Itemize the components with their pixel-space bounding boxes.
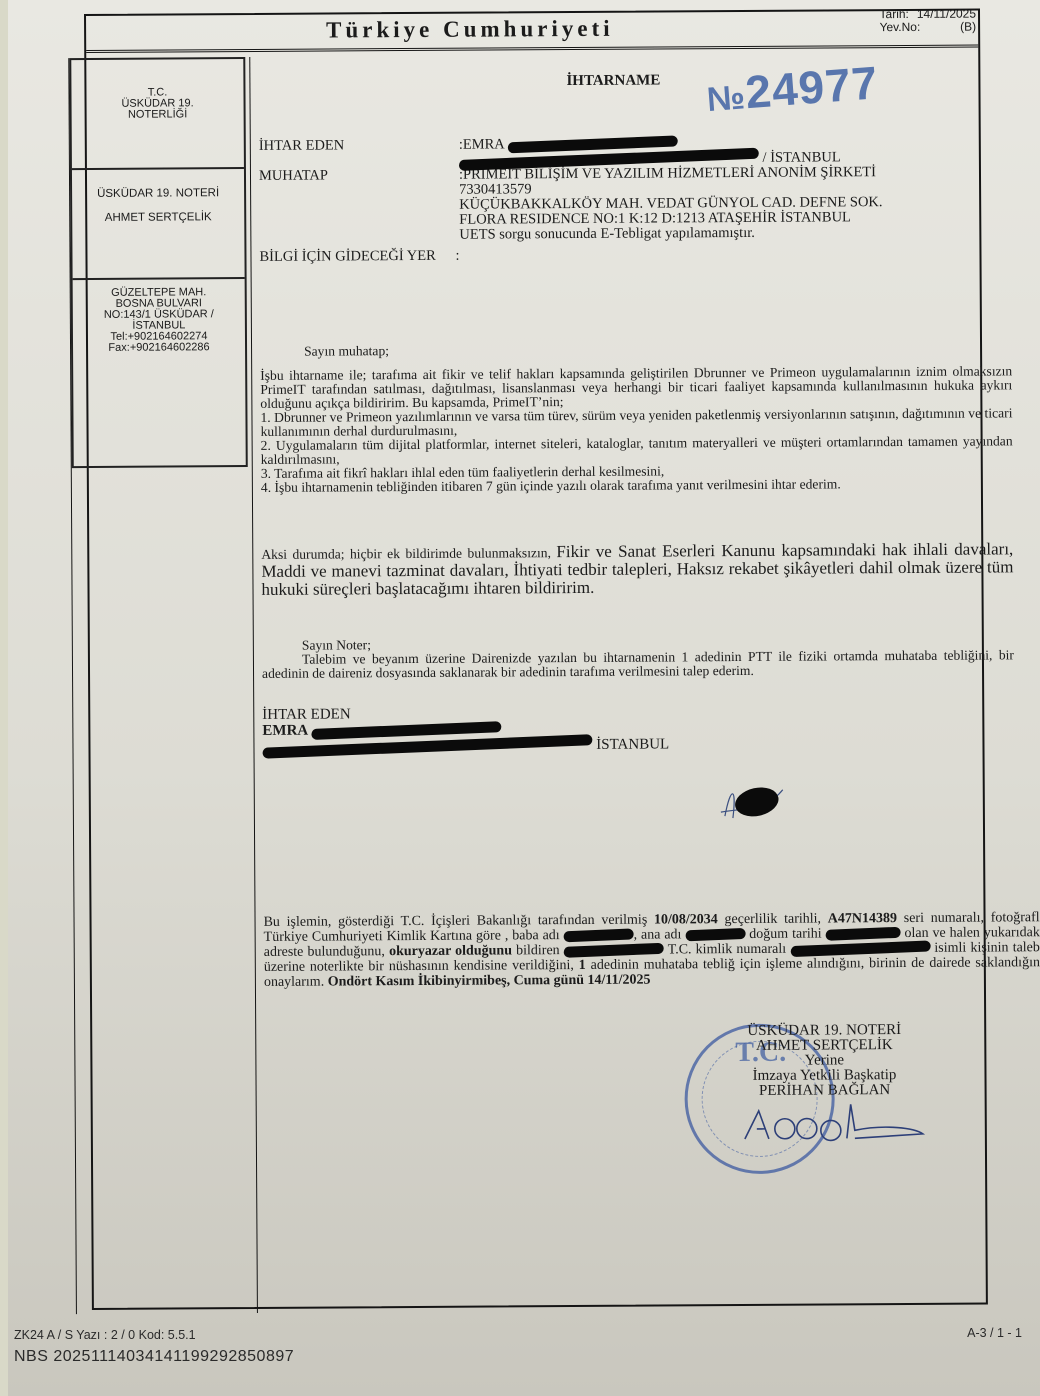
yev-label: Yev.No: xyxy=(880,21,921,34)
nbs-number: NBS 20251114034141199292850897 xyxy=(14,1348,294,1366)
field-label: BİLGİ İÇİN GİDECEĞİ YER xyxy=(259,249,455,265)
cert-text: T.C. kimlik numaralı xyxy=(668,942,787,958)
notary-name: AHMET SERTÇELİK xyxy=(72,205,244,230)
cert-text: geçerlilik tarihli, xyxy=(724,912,821,928)
field-label: MUHATAP xyxy=(259,168,459,244)
warning-paragraph: Aksi durumda; hiçbir ek bildirimde bulun… xyxy=(261,540,1013,599)
header-title: Türkiye Cumhuriyeti xyxy=(326,16,614,44)
visible-text: / İSTANBUL xyxy=(762,149,840,165)
warning-lead: Aksi durumda; hiçbir ek bildirimde bulun… xyxy=(261,545,551,562)
muhatap-line: UETS sorgu sonucunda E-Tebligat yapılama… xyxy=(459,225,979,243)
left-column: T.C. ÜSKÜDAR 19. NOTERLİĞİ ÜSKÜDAR 19. N… xyxy=(68,57,258,1314)
field-value: :PRIMEIT BİLİŞİM VE YAZILIM HİZMETLERİ A… xyxy=(459,165,979,243)
noter-paragraph: Sayın Noter; Talebim ve beyanım üzerine … xyxy=(262,634,1014,681)
field-bilgi: BİLGİ İÇİN GİDECEĞİ YER : xyxy=(259,246,979,265)
visible-text: İSTANBUL xyxy=(596,736,669,752)
redaction-bar xyxy=(564,943,664,958)
serial-stamp: №24977 xyxy=(705,55,880,122)
redaction-bar xyxy=(790,941,930,958)
copy-count: 1 xyxy=(579,958,586,973)
salutation: Sayın muhatap; xyxy=(304,343,504,358)
main-content: İHTARNAME №24977 İHTAR EDEN :EMRA / İSTA… xyxy=(258,53,986,1307)
notary-signature-block: ÜSKÜDAR 19. NOTERİ AHMET SERTÇELİK Yerin… xyxy=(734,1023,915,1153)
numero-sign: № xyxy=(706,78,748,119)
stamp-number: 24977 xyxy=(744,56,880,118)
body-paragraph: İşbu ihtarname ile; tarafıma ait fikir v… xyxy=(260,364,1013,495)
cert-text: doğum tarihi xyxy=(749,927,821,942)
party-fields: İHTAR EDEN :EMRA / İSTANBUL MUHATAP :PRI… xyxy=(259,135,980,265)
document-title: İHTARNAME xyxy=(566,72,660,90)
demand-item: 4. İşbu ihtarnamenin tebliğinden itibare… xyxy=(261,476,1013,495)
cert-text: , ana adı xyxy=(634,927,682,942)
validity-date: 10/08/2034 xyxy=(654,912,718,927)
requester-signature xyxy=(717,780,787,824)
notary-title: ÜSKÜDAR 19. NOTERİ xyxy=(72,181,244,206)
field-value: : xyxy=(455,246,975,264)
footer-codes: ZK24 A / S Yazı : 2 / 0 Kod: 5.5.1 NBS 2… xyxy=(14,1328,294,1366)
fax: Fax:+902164602286 xyxy=(73,342,245,354)
literate-text: okuryazar olduğunu xyxy=(389,943,512,959)
noter-request: Talebim ve beyanım üzerine Dairenizde ya… xyxy=(262,647,1014,681)
paper-edge xyxy=(0,0,8,1396)
yev-value: (B) xyxy=(960,21,976,34)
certification-date: Ondört Kasım İkibinyirmibeş, Cuma günü 1… xyxy=(328,973,651,990)
redaction-bar xyxy=(825,927,900,941)
requester-block: İHTAR EDEN EMRA İSTANBUL xyxy=(262,704,669,754)
body-intro: İşbu ihtarname ile; tarafıma ait fikir v… xyxy=(260,364,1012,411)
id-serial: A47N14389 xyxy=(828,911,897,926)
address-section: GÜZELTEPE MAH. BOSNA BULVARI NO:143/1 ÜS… xyxy=(73,279,245,354)
header-band: Türkiye Cumhuriyeti Tarih:14/11/2025 Yev… xyxy=(86,11,978,53)
notary-section: ÜSKÜDAR 19. NOTERİ AHMET SERTÇELİK xyxy=(72,169,245,280)
redaction-bar xyxy=(685,928,745,941)
cert-text: bildiren xyxy=(516,943,560,958)
notary-sig-line: PERİHAN BAĞLAN xyxy=(735,1083,915,1099)
notary-handwritten-signature xyxy=(735,1098,935,1149)
field-label-empty xyxy=(259,153,459,169)
notary-info-box: T.C. ÜSKÜDAR 19. NOTERLİĞİ ÜSKÜDAR 19. N… xyxy=(69,57,248,468)
header-meta: Tarih:14/11/2025 Yev.No:(B) xyxy=(879,8,976,35)
form-code: ZK24 A / S Yazı : 2 / 0 Kod: 5.5.1 xyxy=(14,1328,294,1342)
office-line: NOTERLİĞİ xyxy=(72,109,244,121)
field-muhatap: MUHATAP :PRIMEIT BİLİŞİM VE YAZILIM HİZM… xyxy=(259,165,979,244)
visible-text: :EMRA xyxy=(459,136,504,152)
field-label: İHTAR EDEN xyxy=(259,138,459,154)
document-frame: Türkiye Cumhuriyeti Tarih:14/11/2025 Yev… xyxy=(84,9,988,1310)
office-section: T.C. ÜSKÜDAR 19. NOTERLİĞİ xyxy=(71,59,244,170)
cert-text: Bu işlemin, gösterdiği T.C. İçişleri Bak… xyxy=(264,913,648,930)
redaction-bar xyxy=(563,929,633,943)
page-indicator: A-3 / 1 - 1 xyxy=(967,1326,1022,1340)
visible-text: EMRA xyxy=(262,723,307,739)
certification-paragraph: Bu işlemin, gösterdiği T.C. İçişleri Bak… xyxy=(264,910,1040,990)
